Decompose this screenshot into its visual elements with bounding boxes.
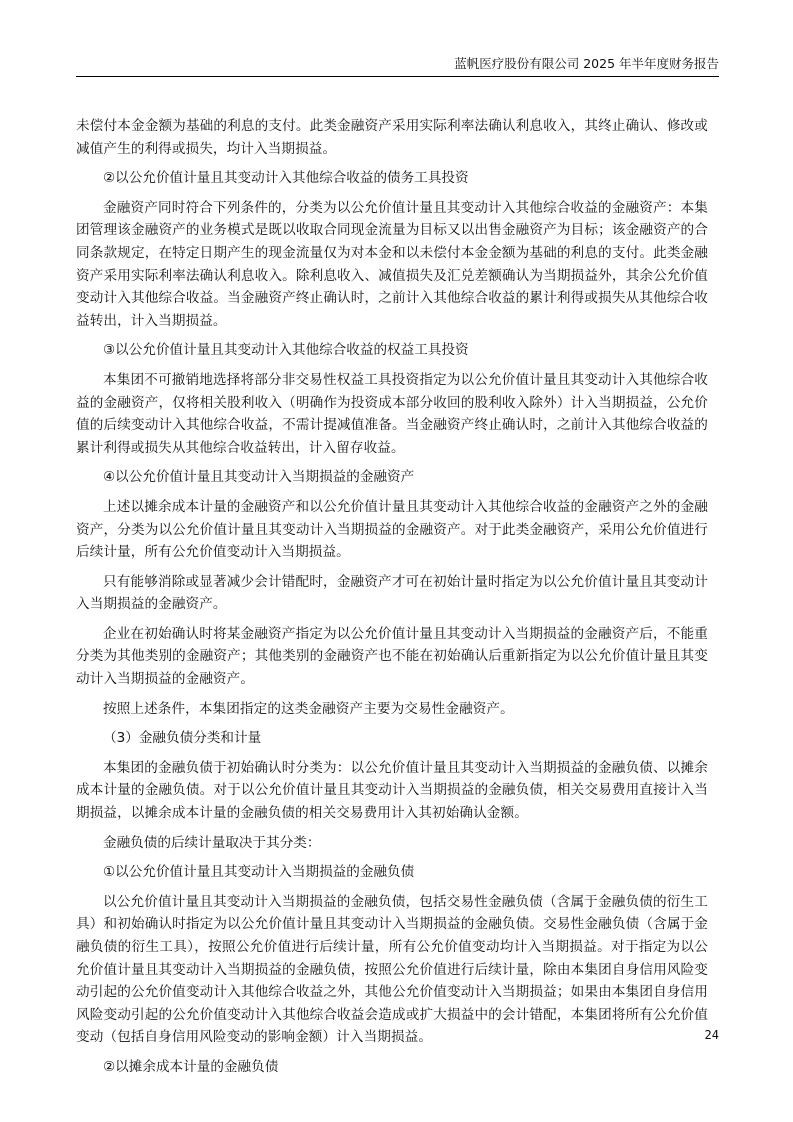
section-heading-financial-liabilities: （3）金融负债分类和计量 — [76, 727, 708, 750]
subheading-fvtpl-assets: ④以公允价值计量且其变动计入当期损益的金融资产 — [76, 466, 708, 489]
paragraph-continued: 未偿付本金金额为基础的利息的支付。此类金融资产采用实际利率法确认利息收入，其终止… — [76, 115, 708, 160]
subheading-fvtpl-liabilities: ①以公允价值计量且其变动计入当期损益的金融负债 — [76, 861, 708, 884]
subheading-amortized-cost-liabilities: ②以摊余成本计量的金融负债 — [76, 1056, 708, 1079]
paragraph: 企业在初始确认时将某金融资产指定为以公允价值计量且其变动计入当期损益的金融资产后… — [76, 623, 708, 691]
subheading-debt-instruments-oci: ②以公允价值计量且其变动计入其他综合收益的债务工具投资 — [76, 167, 708, 190]
paragraph: 本集团不可撤销地选择将部分非交易性权益工具投资指定为以公允价值计量且其变动计入其… — [76, 369, 708, 459]
paragraph: 只有能够消除或显著减少会计错配时，金融资产才可在初始计量时指定为以公允价值计量且… — [76, 571, 708, 616]
subheading-equity-instruments-oci: ③以公允价值计量且其变动计入其他综合收益的权益工具投资 — [76, 339, 708, 362]
paragraph-intro: 金融负债的后续计量取决于其分类： — [76, 832, 708, 855]
paragraph: 上述以摊余成本计量的金融资产和以公允价值计量且其变动计入其他综合收益的金融资产之… — [76, 496, 708, 564]
page-number: 24 — [690, 1028, 719, 1042]
document-body: 未偿付本金金额为基础的利息的支付。此类金融资产采用实际利率法确认利息收入，其终止… — [76, 115, 708, 1086]
paragraph: 以公允价值计量且其变动计入当期损益的金融负债，包括交易性金融负债（含属于金融负债… — [76, 891, 708, 1049]
page-header: 蓝帆医疗股份有限公司 2025 年半年度财务报告 — [76, 56, 719, 77]
report-title: 蓝帆医疗股份有限公司 2025 年半年度财务报告 — [454, 56, 719, 71]
paragraph: 金融资产同时符合下列条件的，分类为以公允价值计量且其变动计入其他综合收益的金融资… — [76, 197, 708, 333]
paragraph: 本集团的金融负债于初始确认时分类为：以公允价值计量且其变动计入当期损益的金融负债… — [76, 757, 708, 825]
paragraph: 按照上述条件，本集团指定的这类金融资产主要为交易性金融资产。 — [76, 698, 708, 721]
